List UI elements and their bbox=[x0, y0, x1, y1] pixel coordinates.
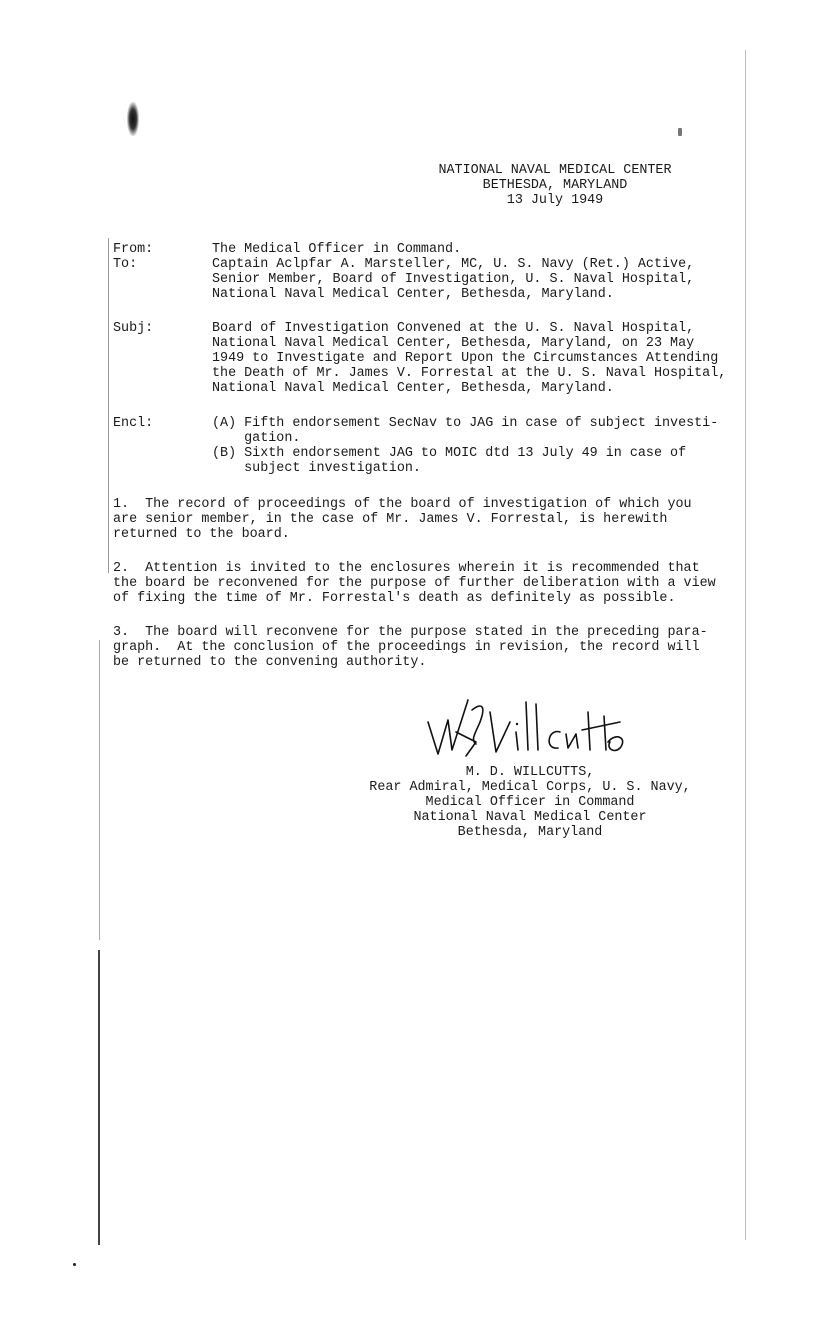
signer-title-line: Rear Admiral, Medical Corps, U. S. Navy, bbox=[350, 780, 710, 795]
memo-page: NATIONAL NAVAL MEDICAL CENTER BETHESDA, … bbox=[0, 0, 815, 1344]
from-value: The Medical Officer in Command. bbox=[212, 242, 461, 257]
paragraph-3-line: be returned to the convening authority. bbox=[113, 655, 733, 670]
institution-location: BETHESDA, MARYLAND bbox=[405, 178, 705, 193]
signer-name: M. D. WILLCUTTS, bbox=[350, 765, 710, 780]
encl-line: (B) Sixth endorsement JAG to MOIC dtd 13… bbox=[212, 446, 686, 461]
paragraph-1-line: returned to the board. bbox=[113, 527, 733, 542]
letterhead: NATIONAL NAVAL MEDICAL CENTER BETHESDA, … bbox=[405, 163, 705, 208]
signer-title-line: Bethesda, Maryland bbox=[350, 825, 710, 840]
speck bbox=[73, 1263, 76, 1266]
to-line: National Naval Medical Center, Bethesda,… bbox=[212, 287, 614, 302]
paragraph-1-line: 1. The record of proceedings of the boar… bbox=[113, 497, 733, 512]
to-line: Captain Aclpfar A. Marsteller, MC, U. S.… bbox=[212, 257, 694, 272]
letter-date: 13 July 1949 bbox=[405, 193, 705, 208]
encl-line: (A) Fifth endorsement SecNav to JAG in c… bbox=[212, 416, 718, 431]
speck bbox=[678, 128, 682, 136]
paragraph-3-line: graph. At the conclusion of the proceedi… bbox=[113, 640, 733, 655]
subj-line: National Naval Medical Center, Bethesda,… bbox=[212, 336, 694, 351]
from-label: From: bbox=[113, 242, 153, 257]
institution-name: NATIONAL NAVAL MEDICAL CENTER bbox=[405, 163, 705, 178]
punch-mark bbox=[127, 102, 139, 136]
subj-line: National Naval Medical Center, Bethesda,… bbox=[212, 381, 614, 396]
to-label: To: bbox=[113, 257, 137, 272]
left-margin-rule-faint bbox=[99, 640, 100, 940]
encl-label: Encl: bbox=[113, 416, 153, 431]
subj-line: Board of Investigation Convened at the U… bbox=[212, 321, 694, 336]
signature-block: M. D. WILLCUTTS, Rear Admiral, Medical C… bbox=[350, 765, 710, 840]
paragraph-2-line: the board be reconvened for the purpose … bbox=[113, 576, 733, 591]
subj-line: 1949 to Investigate and Report Upon the … bbox=[212, 351, 718, 366]
handwritten-signature bbox=[420, 692, 630, 762]
encl-line: gation. bbox=[212, 431, 300, 446]
left-margin-rule bbox=[98, 950, 100, 1245]
paragraph-2-line: of fixing the time of Mr. Forrestal's de… bbox=[113, 591, 733, 606]
signer-title-line: National Naval Medical Center bbox=[350, 810, 710, 825]
left-bracket-rule bbox=[108, 238, 109, 573]
to-line: Senior Member, Board of Investigation, U… bbox=[212, 272, 694, 287]
paragraph-1-line: are senior member, in the case of Mr. Ja… bbox=[113, 512, 733, 527]
signer-title-line: Medical Officer in Command bbox=[350, 795, 710, 810]
paragraph-3-line: 3. The board will reconvene for the purp… bbox=[113, 625, 733, 640]
encl-line: subject investigation. bbox=[212, 461, 421, 476]
right-margin-rule bbox=[745, 50, 746, 1240]
subj-label: Subj: bbox=[113, 321, 153, 336]
subj-line: the Death of Mr. James V. Forrestal at t… bbox=[212, 366, 726, 381]
paragraph-2-line: 2. Attention is invited to the enclosure… bbox=[113, 561, 733, 576]
